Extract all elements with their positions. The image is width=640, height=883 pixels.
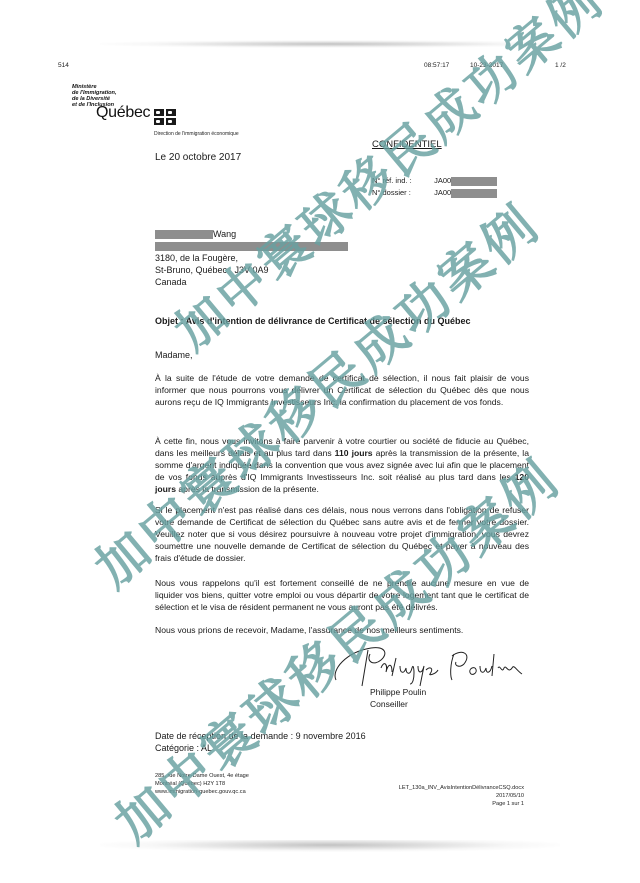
fax-time: 08:57:17 — [424, 62, 449, 69]
footer-address: 285, rue Notre-Dame Ouest, 4e étage Mont… — [155, 772, 249, 796]
quebec-fleurdelise-icon — [154, 109, 176, 125]
fax-page-count: 1 /2 — [555, 62, 566, 69]
quebec-logo-text: Québec — [96, 104, 150, 122]
paragraph-closing: Nous vous prions de recevoir, Madame, l'… — [155, 624, 529, 636]
redaction-bar — [451, 177, 497, 186]
recipient-country: Canada — [155, 276, 187, 288]
handwritten-signature-icon — [326, 640, 526, 688]
recipient-city: St-Bruno, Québec J3V 0A9 — [155, 264, 269, 276]
reference-label: N° dossier : — [372, 188, 432, 197]
footer-filename: LET_130a_INV_AvisIntentionDélivranceCSQ.… — [399, 784, 524, 792]
paragraph-2: À cette fin, nous vous invitons à faire … — [155, 435, 529, 495]
letter-subject: Objet : Avis d'intention de délivrance d… — [155, 316, 471, 326]
redaction-bar — [155, 230, 213, 239]
confidential-label: CONFIDENTIEL — [372, 139, 442, 150]
page-shadow-bottom — [100, 838, 560, 852]
reference-dossier: N° dossier : JA00 — [372, 188, 497, 198]
footer-doc-date: 2017/05/10 — [399, 792, 524, 800]
reference-label: N° réf. ind. : — [372, 176, 432, 185]
reference-value: JA00 — [434, 188, 451, 197]
footer-website: www.immigration-quebec.gouv.qc.ca — [155, 788, 249, 796]
letter-date: Le 20 octobre 2017 — [155, 152, 241, 163]
recipient-line-redacted — [155, 240, 348, 252]
paragraph-4: Nous vous rappelons qu'il est fortement … — [155, 577, 529, 613]
reception-date: Date de réception de la demande : 9 nove… — [155, 731, 366, 741]
fax-id: 514 — [58, 62, 69, 69]
redaction-bar — [451, 189, 497, 198]
signer-title: Conseiller — [370, 699, 408, 709]
paragraph-3: Si le placement n'est pas réalisé dans c… — [155, 504, 529, 564]
recipient-street: 3180, de la Fougère, — [155, 252, 238, 264]
reference-value: JA00 — [434, 176, 451, 185]
category: Catégorie : AL — [155, 743, 212, 753]
footer-document-info: LET_130a_INV_AvisIntentionDélivranceCSQ.… — [399, 784, 524, 808]
reference-individual: N° réf. ind. : JA00 — [372, 176, 497, 186]
footer-address-line: Montréal (Québec) H2Y 1T8 — [155, 780, 249, 788]
fax-date: 10-23-2017 — [470, 62, 503, 69]
recipient-name: Wang — [155, 228, 236, 240]
signer-name: Philippe Poulin — [370, 687, 426, 697]
page-shadow-top — [100, 40, 560, 48]
redaction-bar — [155, 242, 348, 251]
footer-address-line: 285, rue Notre-Dame Ouest, 4e étage — [155, 772, 249, 780]
salutation: Madame, — [155, 350, 193, 360]
direction-name: Direction de l'immigration économique — [154, 131, 239, 137]
paragraph-1: À la suite de l'étude de votre demande d… — [155, 372, 529, 408]
footer-page-number: Page 1 sur 1 — [399, 800, 524, 808]
